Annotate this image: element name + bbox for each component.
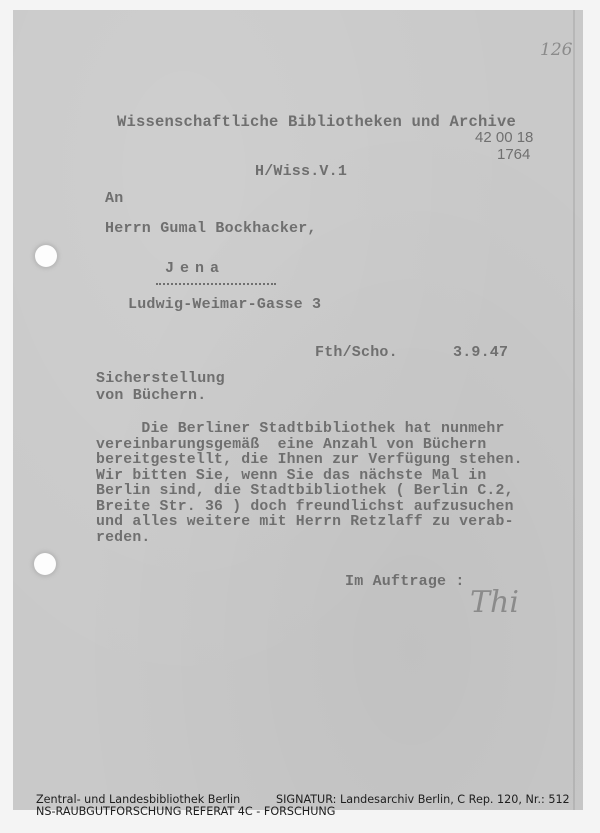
punch-hole-bottom bbox=[34, 553, 56, 575]
city-underline bbox=[156, 283, 276, 285]
reference-code: 42 00 18 bbox=[475, 129, 533, 146]
letter-body: Die Berliner Stadtbibliothek hat nunmehr… bbox=[96, 422, 523, 546]
page-edge-shadow bbox=[573, 10, 575, 810]
handwritten-signature: Thi bbox=[470, 585, 519, 620]
letterhead-organization: Wissenschaftliche Bibliotheken und Archi… bbox=[117, 114, 516, 131]
letter-date: 3.9.47 bbox=[453, 344, 508, 361]
address-prefix: An bbox=[105, 190, 123, 207]
sender-initials: Fth/Scho. bbox=[315, 344, 398, 361]
recipient-street: Ludwig-Weimar-Gasse 3 bbox=[128, 296, 321, 313]
reference-number: 1764 bbox=[497, 146, 530, 163]
handwritten-page-number: 126 bbox=[540, 40, 572, 60]
recipient-city: Jena bbox=[165, 260, 225, 277]
punch-hole-top bbox=[35, 245, 57, 267]
recipient-name: Herrn Gumal Bockhacker, bbox=[105, 220, 317, 237]
letter-closing: Im Auftrage : bbox=[345, 573, 465, 590]
footer-department: NS-RAUBGUTFORSCHUNG REFERAT 4C - FORSCHU… bbox=[36, 806, 335, 818]
letter-subject: Sicherstellung von Büchern. bbox=[96, 370, 225, 404]
file-reference: H/Wiss.V.1 bbox=[255, 163, 347, 180]
